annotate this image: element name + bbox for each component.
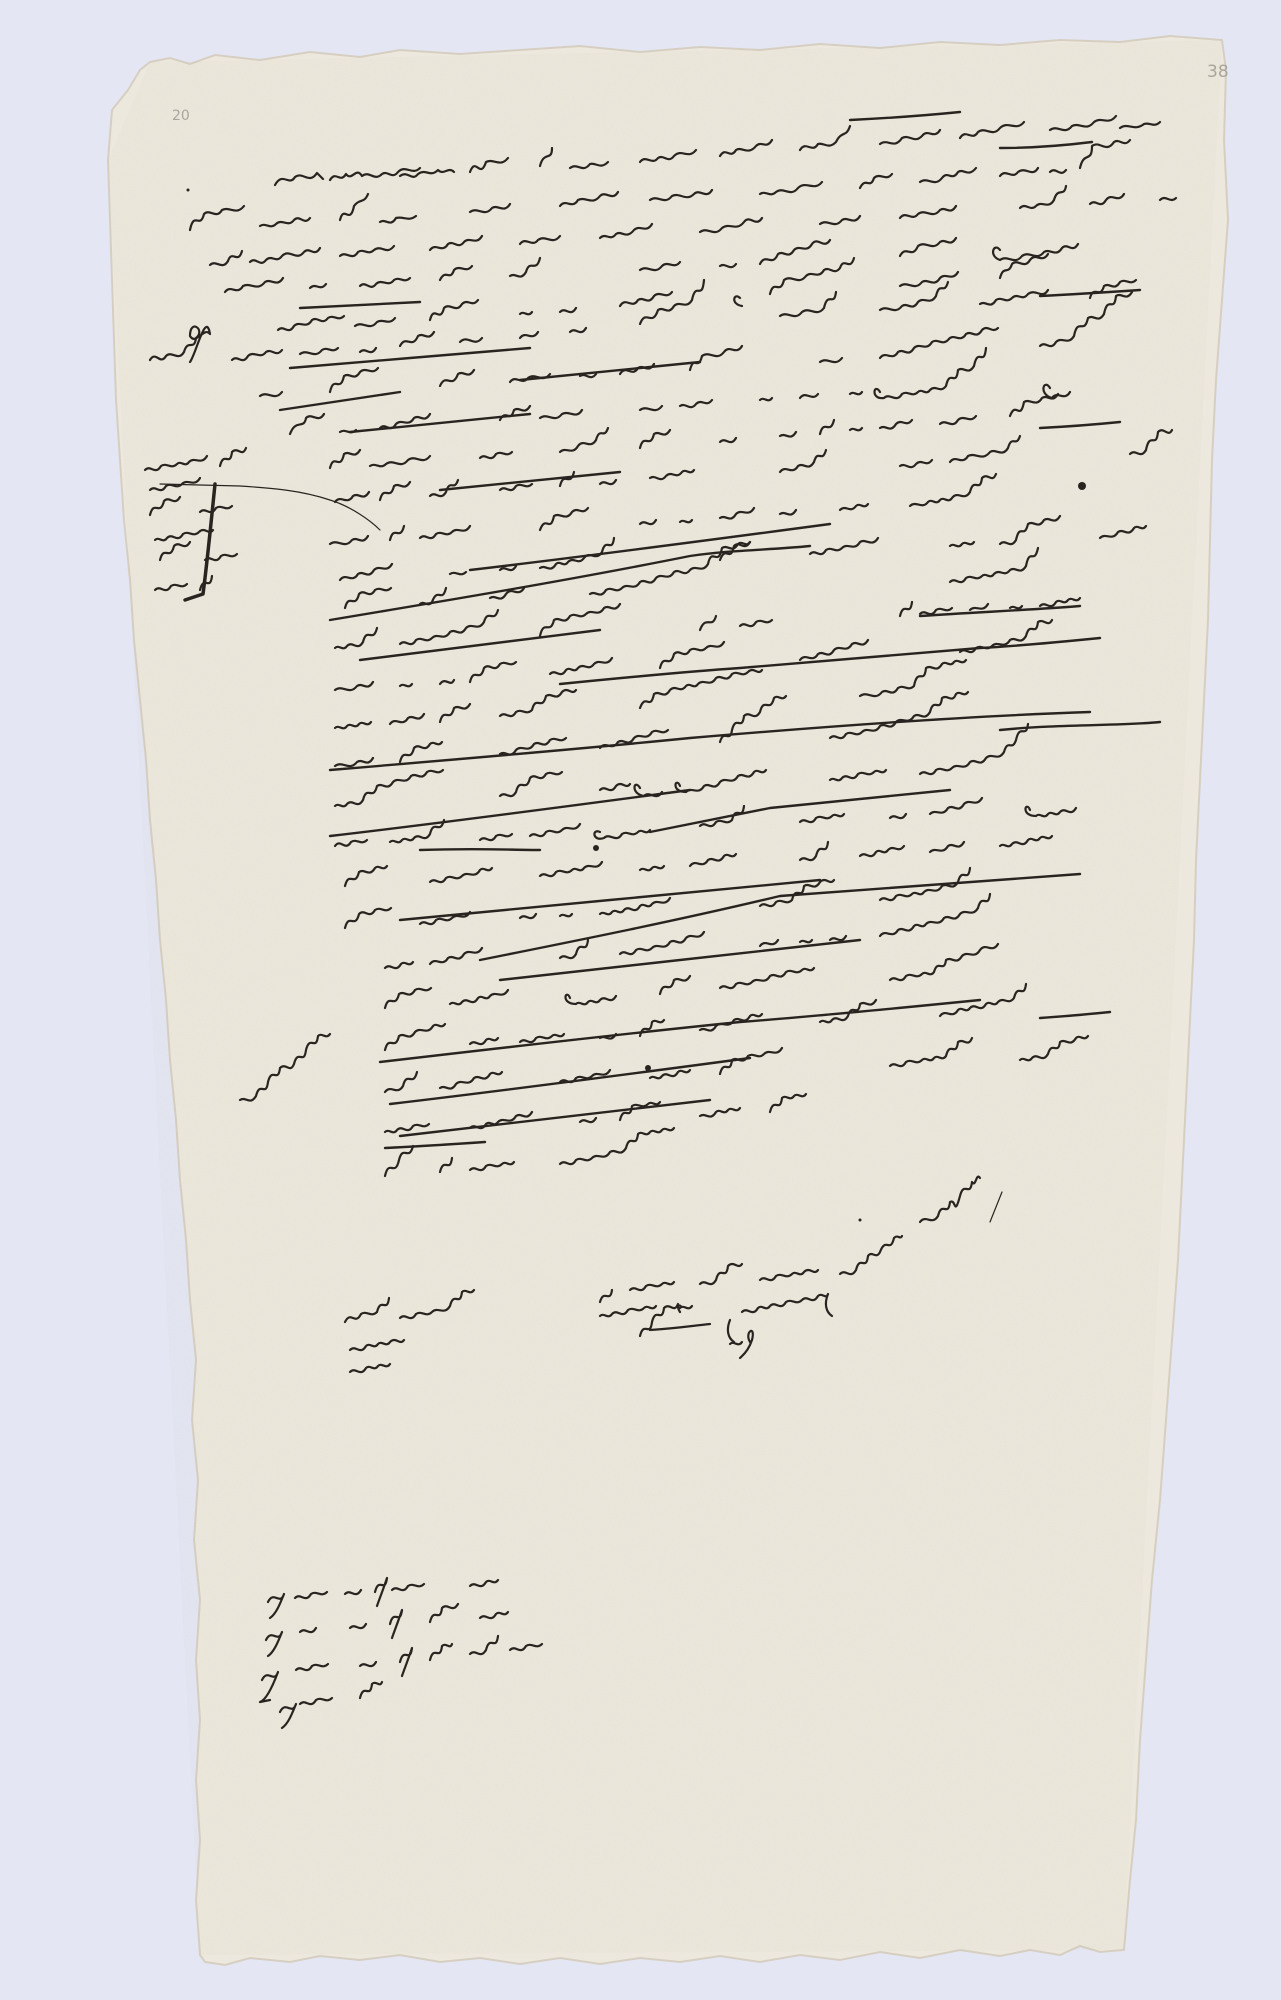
handwriting-layer [0, 0, 1281, 2000]
bottom-left-note [260, 1578, 542, 1728]
manuscript-scan: 38 20 [0, 0, 1281, 2000]
signature-mark [920, 1177, 1002, 1222]
left-margin-note [145, 448, 380, 1101]
lower-note [345, 1236, 902, 1372]
ink-specks [187, 189, 1087, 1222]
